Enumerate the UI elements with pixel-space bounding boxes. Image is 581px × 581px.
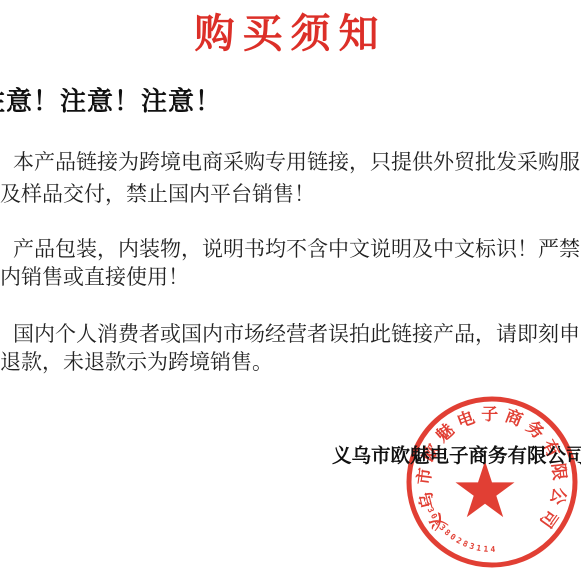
attention-line: 注意！注意！注意！ xyxy=(0,88,222,114)
seal-star-icon xyxy=(456,461,515,517)
paragraph-3-line-2: 退款，未退款示为跨境销售。 xyxy=(0,352,273,373)
page-title: 购买须知 xyxy=(0,14,581,54)
company-name: 义乌市欧魅电子商务有限公司 xyxy=(332,447,581,467)
notice-page: 购买须知 注意！注意！注意！ 本产品链接为跨境电商采购专用链接，只提供外贸批发采… xyxy=(0,0,581,581)
company-seal: 义乌市欧魅电子商务有限公司 3301380283114 xyxy=(400,393,581,581)
paragraph-1-line-1: 本产品链接为跨境电商采购专用链接，只提供外贸批发采购服 xyxy=(13,152,580,173)
paragraph-2-line-2: 内销售或直接使用！ xyxy=(0,267,189,288)
paragraph-2-line-1: 产品包装，内装物，说明书均不含中文说明及中文标识！严禁 xyxy=(13,239,580,260)
paragraph-3-line-1: 国内个人消费者或国内市场经营者误拍此链接产品，请即刻申 xyxy=(13,324,580,345)
paragraph-1-line-2: 及样品交付，禁止国内平台销售！ xyxy=(0,184,315,205)
